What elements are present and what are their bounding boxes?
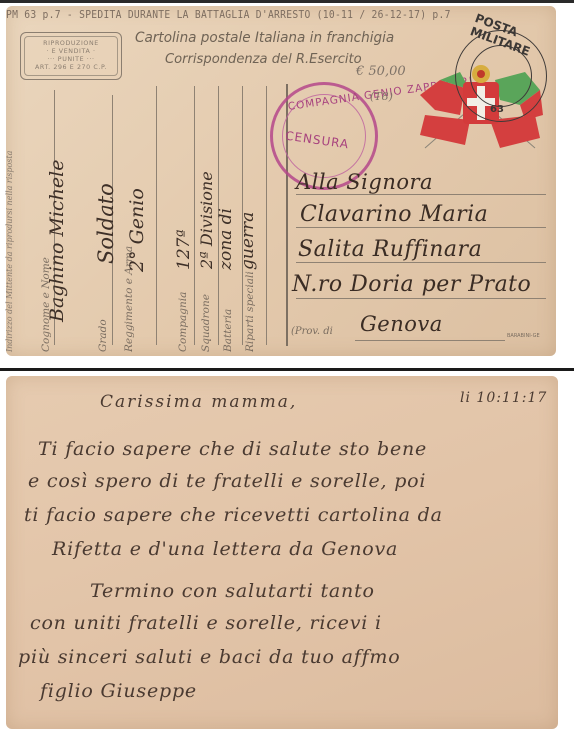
warning-line: ART. 296 E 270 C.P. [35, 64, 107, 72]
letter-greeting: Carissima mamma, [100, 392, 297, 412]
sender-regiment: 2° Genio [126, 188, 148, 272]
reproduction-warning-box: RIPRODUZIONE · E VENDITA · ··· PUNITE ··… [20, 32, 122, 80]
pencil-annotation: PM 63 p.7 - SPEDITA DURANTE LA BATTAGLIA… [6, 9, 451, 21]
sender-battery: zona di [216, 208, 236, 270]
sender-special: guerra [238, 212, 258, 270]
letter-signature: figlio Giuseppe [40, 680, 197, 702]
card-title: Cartolina postale Italiana in franchigia [135, 30, 394, 46]
scan-top-edge [0, 0, 574, 3]
letter-line: con uniti fratelli e sorelle, ricevi i [30, 612, 382, 634]
card-subtitle: Corrispondenza del R.Esercito [165, 51, 362, 67]
field-label-special: Riparti speciali [244, 271, 256, 352]
recipient-line-4: N.ro Doria per Prato [292, 272, 531, 297]
address-line [296, 227, 546, 228]
address-line [296, 194, 546, 195]
recipient-line-2: Clavarino Maria [300, 202, 488, 227]
recipient-province: Genova [360, 312, 443, 336]
letter-line: Termino con salutarti tanto [90, 580, 375, 602]
warning-line: ··· PUNITE ··· [47, 56, 94, 64]
address-line [296, 262, 546, 263]
field-label-squadron: Squadrone [200, 294, 212, 352]
recipient-line-3: Salita Ruffinara [298, 237, 482, 262]
warning-line: · E VENDITA · [46, 48, 95, 56]
scan-separator [0, 368, 574, 371]
sender-name: Baghino Michele [46, 160, 68, 322]
province-label: (Prov. di [291, 326, 333, 337]
field-line [156, 86, 157, 345]
warning-line: RIPRODUZIONE [43, 40, 99, 48]
letter-line: Ti facio sapere che di salute sto bene [38, 438, 427, 460]
field-label-company: Compagnia [177, 292, 189, 352]
field-line [194, 86, 195, 345]
address-line [355, 340, 505, 341]
letter-line: e così spero di te fratelli e sorelle, p… [28, 470, 426, 492]
letter-line: più sinceri saluti e baci da tuo affmo [18, 646, 400, 668]
letter-line: Rifetta e d'una lettera da Genova [52, 538, 398, 560]
sender-company: 127ª [174, 229, 194, 270]
postmark-number: 63 [490, 104, 504, 115]
sender-squadron: 2ª Divisione [197, 171, 216, 269]
price-note: € 50,00 [356, 64, 406, 79]
recipient-line-1: Alla Signora [296, 170, 433, 194]
sender-instruction: Indirizzo del Mittente da riprodursi nel… [14, 80, 26, 352]
field-line [266, 86, 267, 345]
price-subnote: (T8) [370, 90, 393, 103]
address-line [296, 298, 546, 299]
letter-date: li 10:11:17 [460, 390, 547, 406]
sender-grade: Soldato [94, 183, 118, 264]
field-label-battery: Batteria [222, 309, 234, 352]
letter-line: ti facio sapere che ricevetti cartolina … [24, 504, 443, 526]
field-label-grade: Grado [97, 319, 109, 352]
printer-mark: BARABINI-GE [507, 333, 540, 339]
